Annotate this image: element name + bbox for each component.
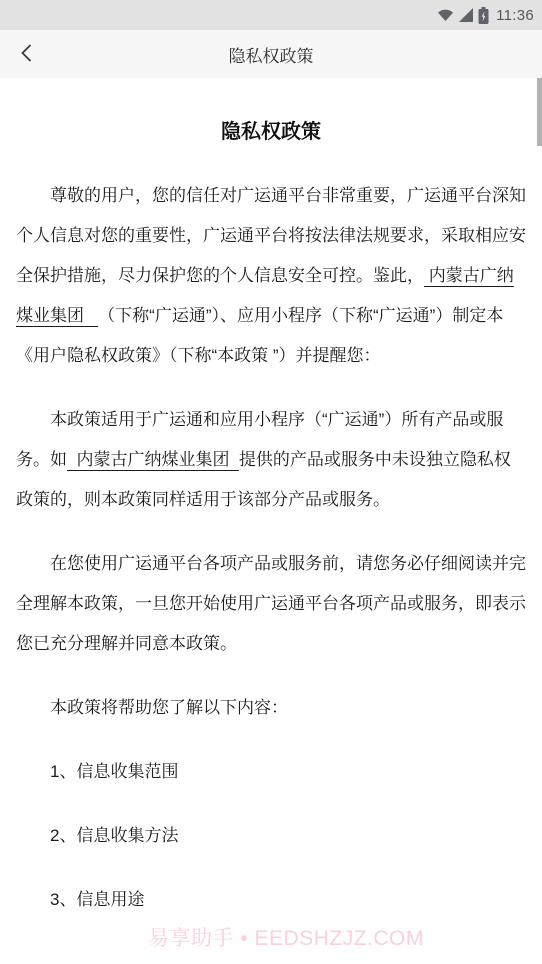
status-bar: 11:36 xyxy=(0,0,542,30)
page-title: 隐私权政策 xyxy=(0,42,542,67)
scrollbar-thumb[interactable] xyxy=(537,78,542,146)
toc-item: 3、信息用途 xyxy=(16,880,526,920)
battery-charging-icon xyxy=(478,7,489,24)
wifi-icon xyxy=(437,8,454,22)
cellular-signal-icon xyxy=(458,8,474,22)
policy-paragraph: 在您使用广运通平台各项产品或服务前，请您务必仔细阅读并完全理解本政策，一旦您开始… xyxy=(16,544,526,664)
policy-paragraph: 本政策将帮助您了解以下内容： xyxy=(16,688,526,728)
app-screen: 11:36 隐私权政策 隐私权政策 尊敬的用户，您的信任对广运通平台非常重要，广… xyxy=(0,0,542,964)
back-button[interactable] xyxy=(16,30,37,78)
watermark: 易享助手 • EEDSHZJZ.COM xyxy=(148,922,424,952)
policy-paragraphs: 尊敬的用户，您的信任对广运通平台非常重要，广运通平台深知个人信息对您的重要性，广… xyxy=(16,176,526,728)
chevron-left-icon xyxy=(20,43,33,66)
status-time: 11:36 xyxy=(496,7,534,24)
underlined-company-name: 内蒙古广纳煤业集团 xyxy=(67,450,239,469)
toc-list: 1、信息收集范围2、信息收集方法3、信息用途 xyxy=(16,752,526,920)
policy-paragraph: 本政策适用于广运通和应用小程序（“广运通”）所有产品或服务。如 内蒙古广纳煤业集… xyxy=(16,400,526,520)
policy-paragraph: 尊敬的用户，您的信任对广运通平台非常重要，广运通平台深知个人信息对您的重要性，广… xyxy=(16,176,526,376)
content-area: 隐私权政策 尊敬的用户，您的信任对广运通平台非常重要，广运通平台深知个人信息对您… xyxy=(0,112,542,920)
toc-item: 1、信息收集范围 xyxy=(16,752,526,792)
toc-item: 2、信息收集方法 xyxy=(16,816,526,856)
paragraph-text: 本政策将帮助您了解以下内容： xyxy=(50,698,288,717)
paragraph-text: 在您使用广运通平台各项产品或服务前，请您务必仔细阅读并完全理解本政策，一旦您开始… xyxy=(16,554,526,653)
nav-bar: 隐私权政策 xyxy=(0,30,542,78)
document-title: 隐私权政策 xyxy=(16,112,526,152)
